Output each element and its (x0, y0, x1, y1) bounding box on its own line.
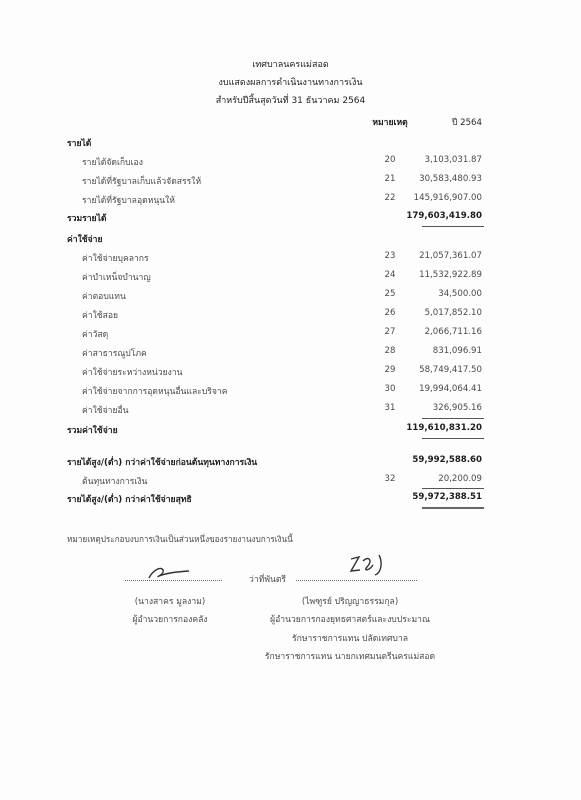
income-item-label: รายได้ที่รัฐบาลอุดหนุนให้ (82, 193, 175, 207)
expense-item-amount: 19,994,064.41 (352, 384, 482, 394)
income-item-amount: 145,916,907.00 (352, 193, 482, 203)
income-total-label: รวมรายได้ (67, 211, 107, 225)
expense-item-amount: 58,749,417.50 (352, 365, 482, 375)
expense-item-amount: 11,532,922.89 (352, 270, 482, 280)
expenses-heading: ค่าใช้จ่าย (67, 232, 103, 246)
expense-item-amount: 326,905.16 (352, 403, 482, 413)
expenses-total-amount: 119,610,831.20 (352, 423, 482, 433)
right-signer-acting-2: รักษาราชการแทน นายกเทศมนตรีนครแม่สอด (250, 649, 450, 663)
right-signer-position: ผู้อำนวยการกองยุทธศาสตร์และงบประมาณ (250, 612, 450, 626)
income-item-amount: 3,103,031.87 (352, 155, 482, 165)
footnote: หมายเหตุประกอบงบการเงินเป็นส่วนหนึ่งของร… (67, 533, 293, 546)
expenses-subtotal-rule (422, 418, 484, 419)
right-signer-name: (ไพฑูรย์ ปริญญาธรรมกุล) (250, 594, 450, 608)
expense-item-label: ค่าวัสดุ (82, 327, 108, 341)
expense-item-label: ค่าใช้จ่ายระหว่างหน่วยงาน (82, 365, 183, 379)
right-signature-line (296, 580, 417, 581)
surplus-before-finance-amount: 59,992,588.60 (352, 455, 482, 465)
net-surplus-double-underline (422, 507, 484, 509)
surplus-before-finance-label: รายได้สูง/(ต่ำ) กว่าค่าใช้จ่ายก่อนต้นทุน… (67, 455, 257, 469)
expenses-total-underline (422, 438, 484, 439)
net-surplus-amount: 59,972,388.51 (352, 492, 482, 502)
expense-item-amount: 2,066,711.16 (352, 327, 482, 337)
financial-statement-page: เทศบาลนครแม่สอด งบแสดงผลการดำเนินงานทางก… (0, 0, 581, 800)
expense-item-label: ค่าใช้จ่ายจากการอุดหนุนอื่นและบริจาค (82, 384, 228, 398)
income-item-label: รายได้จัดเก็บเอง (82, 155, 143, 169)
left-signer-name: (นางสาคร มูลงาม) (110, 594, 230, 608)
finance-cost-label: ต้นทุนทางการเงิน (82, 474, 147, 488)
expense-item-label: ค่าสาธารณูปโภค (82, 346, 147, 360)
expenses-total-label: รวมค่าใช้จ่าย (67, 423, 118, 437)
expense-item-amount: 34,500.00 (352, 289, 482, 299)
statement-period: สำหรับปีสิ้นสุดวันที่ 31 ธันวาคม 2564 (0, 93, 581, 107)
statement-title: งบแสดงผลการดำเนินงานทางการเงิน (0, 75, 581, 89)
right-signer-acting-1: รักษาราชการแทน ปลัดเทศบาล (250, 631, 450, 645)
column-header-year: ปี 2564 (352, 115, 482, 129)
left-signature-mark (145, 560, 195, 582)
organization-name: เทศบาลนครแม่สอด (0, 57, 581, 71)
finance-cost-amount: 20,200.09 (352, 474, 482, 484)
left-signature-line (125, 580, 222, 581)
expense-item-label: ค่าใช้จ่ายอื่น (82, 403, 129, 417)
expense-item-label: ค่าตอบแทน (82, 289, 126, 303)
expense-item-amount: 21,057,361.07 (352, 251, 482, 261)
net-surplus-label: รายได้สูง/(ต่ำ) กว่าค่าใช้จ่ายสุทธิ (67, 492, 192, 506)
expense-item-amount: 831,096.91 (352, 346, 482, 356)
left-signer-position: ผู้อำนวยการกองคลัง (110, 612, 230, 626)
income-item-label: รายได้ที่รัฐบาลเก็บแล้วจัดสรรให้ (82, 174, 201, 188)
income-total-underline (422, 226, 484, 227)
expense-item-label: ค่าใช้สอย (82, 308, 118, 322)
income-item-amount: 30,583,480.93 (352, 174, 482, 184)
finance-cost-rule (422, 488, 484, 489)
expense-item-label: ค่าบำเหน็จบำนาญ (82, 270, 151, 284)
income-heading: รายได้ (67, 136, 91, 150)
expense-item-label: ค่าใช้จ่ายบุคลากร (82, 251, 149, 265)
right-signature-mark (347, 551, 387, 579)
expense-item-amount: 5,017,852.10 (352, 308, 482, 318)
right-signature-prefix: ว่าที่พันตรี (249, 572, 286, 586)
income-total-amount: 179,603,419.80 (352, 211, 482, 221)
